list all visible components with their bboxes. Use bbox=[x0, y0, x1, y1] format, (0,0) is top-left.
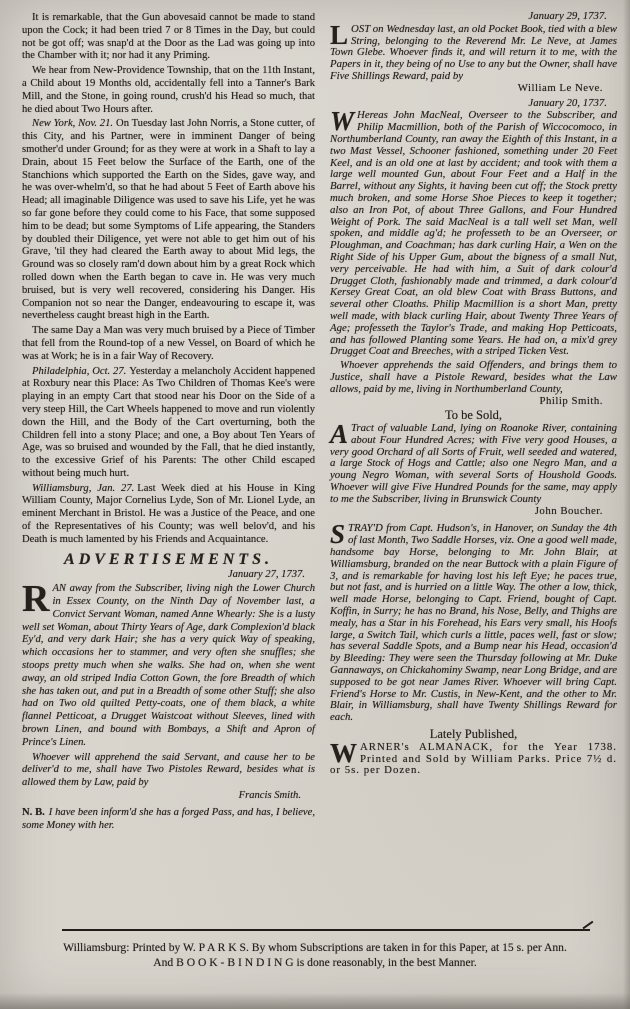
news-paragraph: It is remarkable, that the Gun abovesaid… bbox=[22, 12, 315, 63]
news-dateline: Philadelphia, Oct. 27. bbox=[32, 366, 126, 377]
ad-lost-pocket-book: LOST on Wednesday last, an old Pocket Bo… bbox=[330, 24, 617, 95]
ad-ran-away-reward: Whoever will apprehend the said Servant,… bbox=[22, 752, 315, 803]
ad-signature: John Boucher. bbox=[330, 506, 617, 518]
news-paragraph: New York, Nov. 21.On Tuesday last John N… bbox=[22, 118, 315, 323]
news-paragraph: We hear from New-Providence Township, th… bbox=[22, 65, 315, 116]
news-paragraph: Philadelphia, Oct. 27.Yesterday a melanc… bbox=[22, 366, 315, 481]
ad-signature: Francis Smith. bbox=[22, 790, 315, 803]
ad-land-for-sale: ATract of valuable Land, lying on Roanok… bbox=[330, 423, 617, 517]
ad-signature: William Le Neve. bbox=[330, 83, 617, 95]
news-text: Yesterday a melancholy Accident happened… bbox=[22, 366, 315, 479]
imprint-line-2: And B O O K - B I N D I N G is done reas… bbox=[20, 955, 610, 970]
newspaper-page: It is remarkable, that the Gun abovesaid… bbox=[0, 0, 630, 1009]
rule-flourish bbox=[582, 921, 593, 930]
ad-text: OST on Wednesday last, an old Pocket Boo… bbox=[330, 23, 617, 82]
ad-signature: Philip Smith. bbox=[330, 396, 617, 408]
news-dateline: New York, Nov. 21. bbox=[32, 118, 113, 129]
dropcap-initial: W bbox=[330, 742, 360, 764]
news-paragraph: Williamsburg, Jan. 27.Last Week died at … bbox=[22, 483, 315, 547]
advertisements-heading: ADVERTISEMENTS. bbox=[22, 554, 315, 567]
ad-text: Tract of valuable Land, lying on Roanoke… bbox=[330, 422, 617, 505]
ad-text: ARNER's ALMANACK, for the Year 1738. Pri… bbox=[330, 741, 617, 777]
dropcap-initial: S bbox=[330, 523, 348, 545]
scan-edge-bottom bbox=[0, 993, 630, 1009]
dropcap-initial: A bbox=[330, 423, 351, 445]
lately-published-heading: Lately Published, bbox=[330, 729, 617, 741]
to-be-sold-heading: To be Sold, bbox=[330, 410, 617, 422]
ad-whereas-runaways: WHereas John MacNeal, Overseer to the Su… bbox=[330, 110, 617, 358]
ad-date: January 20, 1737. bbox=[330, 98, 617, 110]
left-column: It is remarkable, that the Gun abovesaid… bbox=[22, 12, 315, 834]
imprint-line-1: Williamsburg: Printed by W. P A R K S. B… bbox=[20, 940, 610, 955]
ad-strayed-horses: STRAY'D from Capt. Hudson's, in Hanover,… bbox=[330, 523, 617, 724]
ad-text: Hereas John MacNeal, Overseer to the Sub… bbox=[330, 109, 617, 357]
nb-text: I have been inform'd she has a forged Pa… bbox=[22, 807, 315, 831]
ad-text: TRAY'D from Capt. Hudson's, in Hanover, … bbox=[330, 522, 617, 723]
news-dateline: Williamsburg, Jan. 27. bbox=[32, 483, 134, 494]
imprint-footer: Williamsburg: Printed by W. P A R K S. B… bbox=[20, 940, 610, 970]
ad-warners-almanack: WARNER's ALMANACK, for the Year 1738. Pr… bbox=[330, 742, 617, 777]
footer-rule bbox=[62, 929, 590, 931]
ad-date: January 29, 1737. bbox=[330, 11, 617, 23]
ad-ran-away: RAN away from the Subscriber, living nig… bbox=[22, 583, 315, 749]
ad-text: Whoever apprehends the said Offenders, a… bbox=[330, 359, 617, 395]
dropcap-initial: R bbox=[22, 583, 52, 614]
ad-text: Whoever will apprehend the said Servant,… bbox=[22, 752, 315, 789]
news-paragraph: The same Day a Man was very much bruised… bbox=[22, 325, 315, 363]
dropcap-initial: L bbox=[330, 24, 351, 46]
nb-prefix: N. B. bbox=[22, 807, 45, 818]
right-column: January 29, 1737. LOST on Wednesday last… bbox=[330, 8, 617, 779]
ad-text: AN away from the Subscriber, living nigh… bbox=[22, 583, 315, 748]
ad-date: January 27, 1737. bbox=[22, 569, 315, 582]
ad-whereas-reward: Whoever apprehends the said Offenders, a… bbox=[330, 360, 617, 407]
ad-nota-bene: N. B.I have been inform'd she has a forg… bbox=[22, 807, 315, 833]
dropcap-initial: W bbox=[330, 110, 357, 132]
news-text: On Tuesday last John Norris, a Stone cut… bbox=[22, 118, 315, 321]
scan-edge-right bbox=[623, 0, 630, 1009]
